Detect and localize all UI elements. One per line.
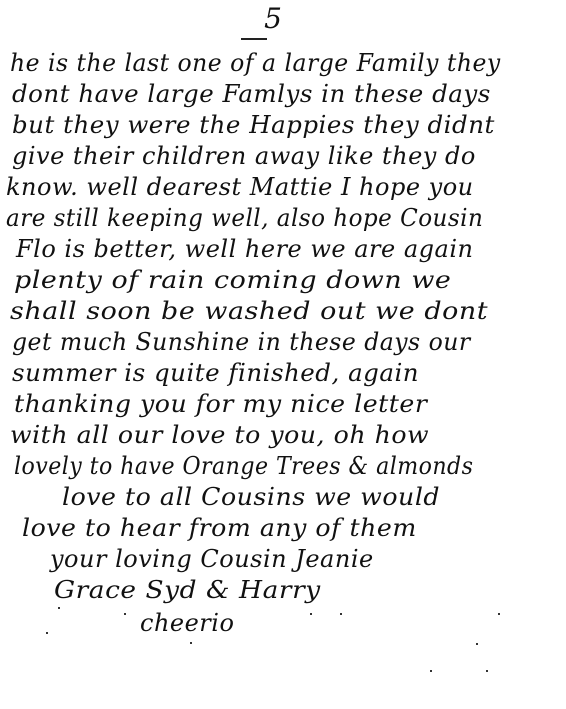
- scan-speck: [340, 613, 342, 615]
- letter-line: but they were the Happies they didnt: [12, 110, 495, 140]
- scan-speck: [486, 670, 488, 672]
- letter-line: love to all Cousins we would: [62, 482, 440, 512]
- letter-line: lovely to have Orange Trees & almonds: [14, 451, 473, 481]
- letter-line: plenty of rain coming down we: [14, 265, 451, 295]
- scan-speck: [190, 642, 192, 644]
- scan-speck: [498, 613, 500, 615]
- letter-line: dont have large Famlys in these days: [12, 79, 491, 109]
- letter-page: 5 he is the last one of a large Family t…: [0, 0, 566, 709]
- letter-line: with all our love to you, oh how: [10, 420, 429, 450]
- letter-signature: Grace Syd & Harry: [54, 575, 321, 605]
- letter-line: summer is quite finished, again: [12, 358, 419, 388]
- letter-line: Flo is better, well here we are again: [16, 234, 473, 264]
- scan-speck: [430, 670, 432, 672]
- letter-line: know. well dearest Mattie I hope you: [6, 172, 474, 202]
- letter-signoff: your loving Cousin Jeanie: [50, 544, 374, 574]
- letter-closing: cheerio: [140, 608, 234, 638]
- scan-speck: [46, 632, 48, 634]
- scan-speck: [124, 613, 126, 615]
- letter-line: thanking you for my nice letter: [14, 389, 427, 419]
- page-number: 5: [258, 2, 288, 36]
- page-number-underline: [241, 38, 267, 40]
- letter-line: he is the last one of a large Family the…: [10, 48, 501, 78]
- scan-speck: [476, 643, 478, 645]
- letter-line: shall soon be washed out we dont: [10, 296, 488, 326]
- letter-line: get much Sunshine in these days our: [12, 327, 471, 357]
- letter-line: give their children away like they do: [12, 141, 476, 171]
- scan-speck: [58, 607, 60, 609]
- letter-line: love to hear from any of them: [22, 513, 417, 543]
- letter-line: are still keeping well, also hope Cousin: [6, 203, 483, 233]
- scan-speck: [310, 613, 312, 615]
